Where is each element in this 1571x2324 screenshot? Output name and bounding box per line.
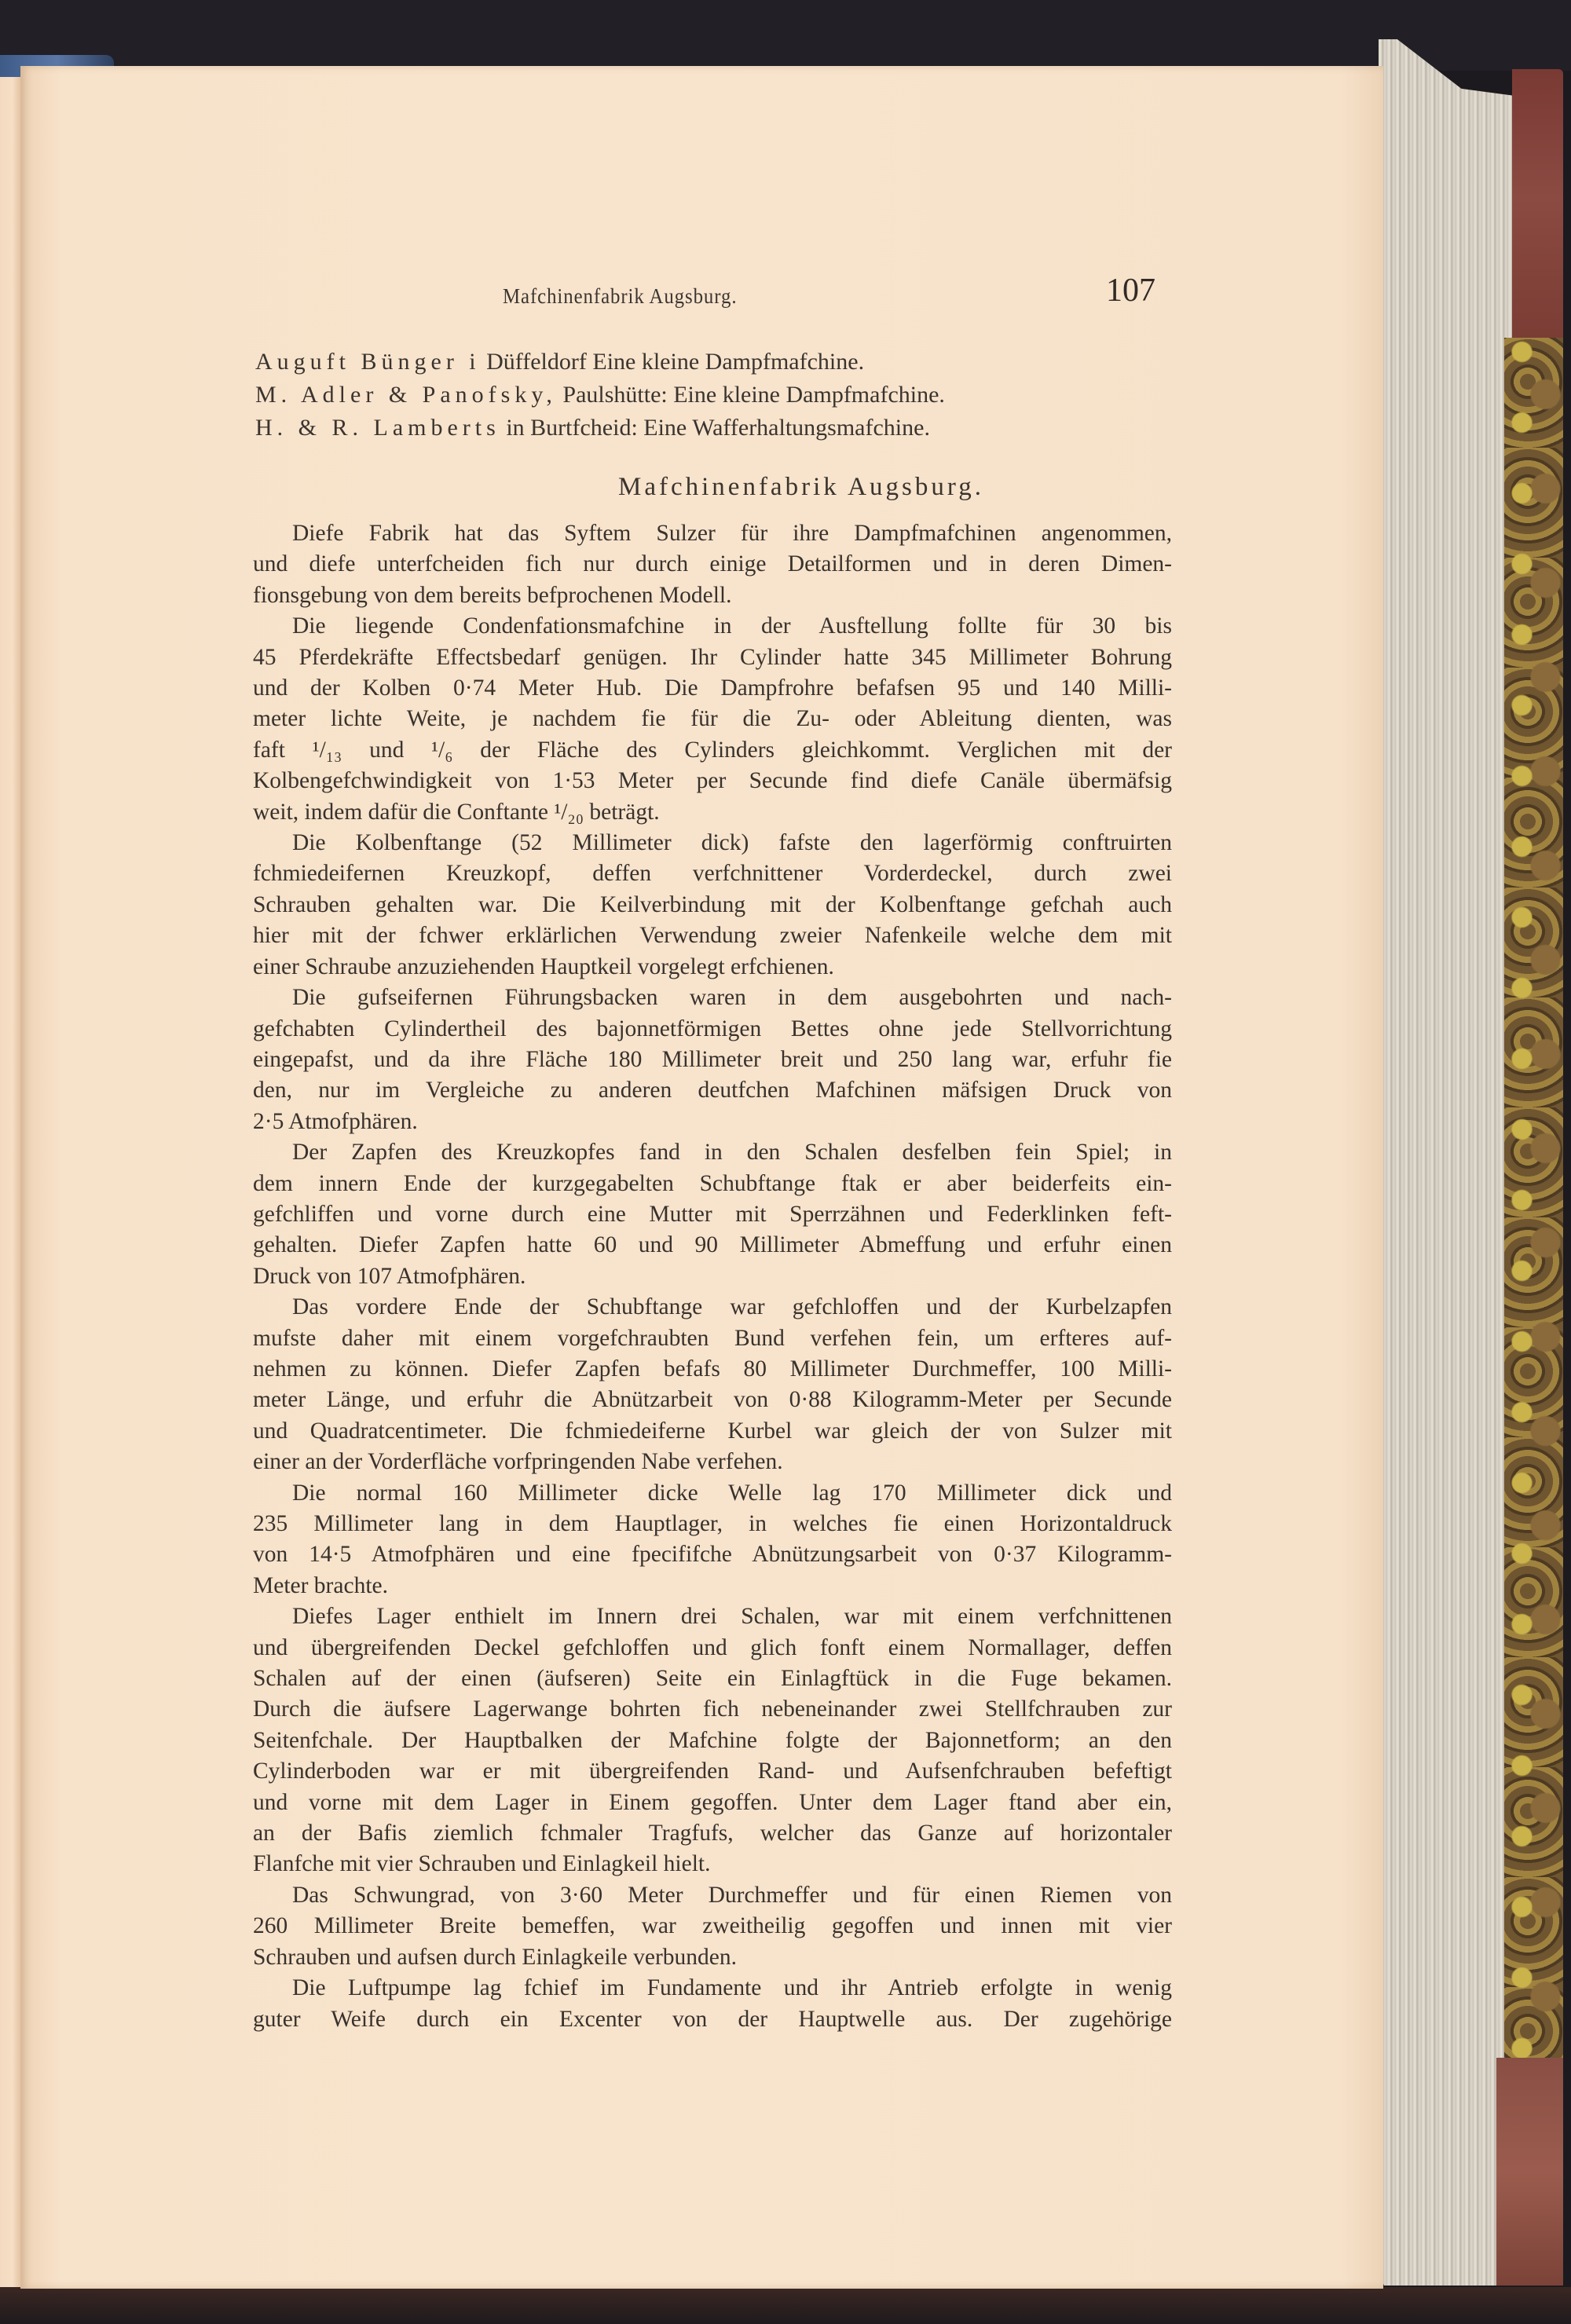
text-line: nehmen zu können. Diefer Zapfen befafs 8…: [253, 1354, 1172, 1385]
text-line: meter lichte Weite, je nachdem fie für d…: [253, 704, 1172, 734]
section-title: Mafchinenfabrik Augsburg.: [0, 473, 1571, 502]
book-cover-leather-bottom: [1496, 2058, 1563, 2286]
text-line: gehalten. Diefer Zapfen hatte 60 und 90 …: [253, 1230, 1172, 1261]
book-scan: Mafchinenfabrik Augsburg. 107 Auguft Bün…: [0, 0, 1571, 2324]
text-line: 45 Pferdekräfte Effectsbedarf genügen. I…: [253, 642, 1172, 673]
exhibitor-list: Auguft Bünger i Düffeldorf Eine kleine D…: [255, 346, 1198, 445]
exhibitor-description: in Burtfcheid: Eine Wafferhaltungsmafchi…: [500, 415, 930, 441]
text-line: Flanfche mit vier Schrauben und Einlagke…: [253, 1849, 1172, 1879]
book-cover-marbled: [1504, 338, 1563, 2058]
text-line: dem innern Ende der kurzgegabelten Schub…: [253, 1169, 1172, 1199]
book-cover-bottom-edge: [0, 2287, 1571, 2324]
exhibitor-entry: M. Adler & Panofsky, Paulshütte: Eine kl…: [255, 379, 1198, 412]
text-line: fchmiedeifernen Kreuzkopf, deffen verfch…: [253, 858, 1172, 889]
text-line: und vorne mit dem Lager in Einem gegoffe…: [253, 1788, 1172, 1818]
text-line: Druck von 107 Atmofphären.: [253, 1261, 1172, 1292]
text-line: gefchliffen und vorne durch eine Mutter …: [253, 1199, 1172, 1230]
text-line: Diefe Fabrik hat das Syftem Sulzer für i…: [253, 518, 1172, 549]
text-line: Die normal 160 Millimeter dicke Welle la…: [253, 1478, 1172, 1509]
text-line: fionsgebung von dem bereits befprochenen…: [253, 580, 1172, 611]
text-line: Meter brachte.: [253, 1571, 1172, 1601]
text-line: Durch die äufsere Lagerwange bohrten fic…: [253, 1694, 1172, 1725]
text-line: Die Kolbenftange (52 Millimeter dick) fa…: [253, 828, 1172, 858]
text-line: Schrauben und aufsen durch Einlagkeile v…: [253, 1942, 1172, 1973]
text-line: Die gufseifernen Führungsbacken waren in…: [253, 983, 1172, 1013]
text-line: mufste daher mit einem vorgefchraubten B…: [253, 1323, 1172, 1354]
text-line: gefchabten Cylindertheil des bajonnetför…: [253, 1014, 1172, 1045]
exhibitor-name: Auguft Bünger i: [255, 349, 481, 375]
text-line: Das vordere Ende der Schubftange war gef…: [253, 1292, 1172, 1323]
exhibitor-name: H. & R. Lamberts: [255, 415, 500, 441]
body-text: Diefe Fabrik hat das Syftem Sulzer für i…: [253, 518, 1172, 2035]
text-line: einer an der Vorderfläche vorfpringenden…: [253, 1447, 1172, 1477]
left-page-edge: [0, 69, 20, 2292]
exhibitor-entry: Auguft Bünger i Düffeldorf Eine kleine D…: [255, 346, 1198, 379]
text-line: Diefes Lager enthielt im Innern drei Sch…: [253, 1601, 1172, 1632]
text-line: Seitenfchale. Der Hauptbalken der Mafchi…: [253, 1726, 1172, 1756]
text-line: Schrauben gehalten war. Die Keilverbindu…: [253, 890, 1172, 920]
text-line: Schalen auf der einen (äufseren) Seite e…: [253, 1663, 1172, 1694]
text-line: faft ¹/₁₃ und ¹/₆ der Fläche des Cylinde…: [253, 735, 1172, 766]
text-line: einer Schraube anzuziehenden Hauptkeil v…: [253, 952, 1172, 983]
text-line: meter Länge, und erfuhr die Abnützarbeit…: [253, 1385, 1172, 1415]
text-line: von 14·5 Atmofphären und eine fpecififch…: [253, 1539, 1172, 1570]
text-line: guter Weife durch ein Excenter von der H…: [253, 2004, 1172, 2035]
text-line: Cylinderboden war er mit übergreifenden …: [253, 1756, 1172, 1787]
text-line: Das Schwungrad, von 3·60 Meter Durchmeff…: [253, 1880, 1172, 1911]
text-line: und Quadratcentimeter. Die fchmiedeifern…: [253, 1416, 1172, 1447]
exhibitor-description: Paulshütte: Eine kleine Dampfmafchine.: [557, 382, 945, 408]
text-line: eingepafst, und da ihre Fläche 180 Milli…: [253, 1045, 1172, 1075]
text-line: Kolbengefchwindigkeit von 1·53 Meter per…: [253, 766, 1172, 796]
exhibitor-description: Düffeldorf Eine kleine Dampfmafchine.: [481, 349, 864, 375]
text-line: den, nur im Vergleiche zu anderen deutfc…: [253, 1075, 1172, 1106]
text-line: 235 Millimeter lang in dem Hauptlager, i…: [253, 1509, 1172, 1539]
exhibitor-entry: H. & R. Lamberts in Burtfcheid: Eine Waf…: [255, 412, 1198, 445]
page-stack-fore-edge: [1379, 39, 1512, 2286]
dark-background: [0, 0, 1571, 71]
text-line: Der Zapfen des Kreuzkopfes fand in den S…: [253, 1137, 1172, 1168]
exhibitor-name: M. Adler & Panofsky,: [255, 382, 557, 408]
text-line: und der Kolben 0·74 Meter Hub. Die Dampf…: [253, 673, 1172, 704]
text-line: und diefe unterfcheiden fich nur durch e…: [253, 549, 1172, 580]
text-line: 2·5 Atmofphären.: [253, 1107, 1172, 1137]
running-head: Mafchinenfabrik Augsburg.: [503, 284, 737, 309]
page-number: 107: [1106, 272, 1155, 309]
text-line: und übergreifenden Deckel gefchloffen un…: [253, 1633, 1172, 1663]
text-line: hier mit der fchwer erklärlichen Verwend…: [253, 920, 1172, 951]
text-line: weit, indem dafür die Conftante ¹/₂₀ bet…: [253, 797, 1172, 828]
text-line: an der Bafis ziemlich fchmaler Tragfufs,…: [253, 1818, 1172, 1849]
text-line: 260 Millimeter Breite bemeffen, war zwei…: [253, 1911, 1172, 1942]
text-line: Die Luftpumpe lag fchief im Fundamente u…: [253, 1973, 1172, 2004]
text-line: Die liegende Condenfationsmafchine in de…: [253, 611, 1172, 642]
